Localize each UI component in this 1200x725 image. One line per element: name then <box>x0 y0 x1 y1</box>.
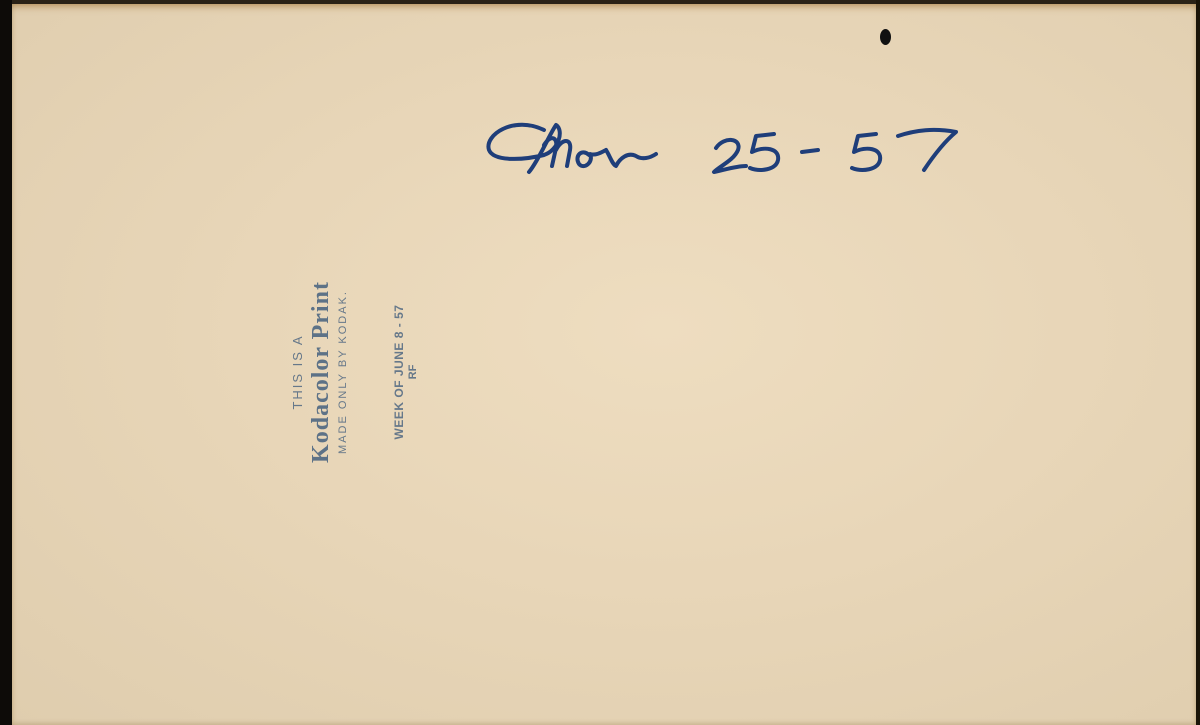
stamp-line-kodacolor-print: Kodacolor Print <box>306 242 336 502</box>
stamp-line-made-by-kodak: MADE ONLY BY KODAK. <box>336 242 350 502</box>
stamp-line-this-is-a: THIS IS A <box>290 242 306 502</box>
handwritten-date: Mar 25-57 <box>484 100 964 190</box>
ink-dot <box>880 29 891 45</box>
stamp-line-week-of: WEEK OF JUNE 8 - 57 <box>392 242 407 502</box>
scan-edge-left <box>0 0 12 725</box>
stamp-line-code: RF <box>407 242 419 502</box>
scan-edge-right <box>1196 0 1200 725</box>
